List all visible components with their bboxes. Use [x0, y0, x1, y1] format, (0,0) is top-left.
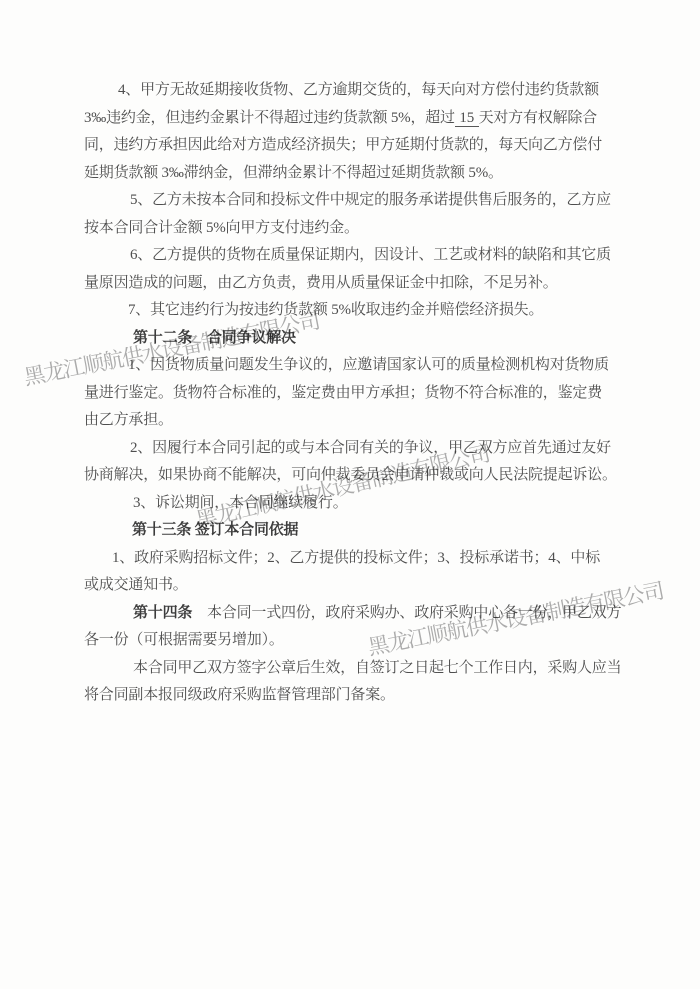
text-run: 2、因履行本合同引起的或与本合同有关的争议，甲乙双方应首先通过友好	[130, 440, 611, 456]
text-run: 1、政府采购招标文件；2、乙方提供的投标文件；3、投标承诺书；4、中标	[112, 550, 600, 566]
text-run: 延期货款额 3‰滞纳金，但滞纳金累计不得超过延期货款额 5%。	[84, 165, 503, 181]
text-run: 7、其它违约行为按违约货款额 5%收取违约金并赔偿经济损失。	[128, 302, 543, 318]
text-run: 第十三条 签订本合同依据	[132, 522, 298, 538]
document-page: 4、甲方无故延期接收货物、乙方逾期交货的，每天向对方偿付违约货款额3‰违约金，但…	[0, 0, 700, 989]
text-run: 第十二条 合同争议解决	[133, 330, 296, 346]
text-run: 同，违约方承担因此给对方造成经济损失；甲方延期付货款的，每天向乙方偿付	[84, 137, 602, 153]
text-run: 量原因造成的问题，由乙方负责，费用从质量保证金中扣除，不足另补。	[84, 275, 558, 291]
text-line: 3‰违约金，但违约金累计不得超过违约货款额 5%，超过 15 天对方有权解除合	[84, 105, 644, 133]
text-run: 1、因货物质量问题发生争议的，应邀请国家认可的质量检测机构对货物质	[128, 357, 609, 373]
text-line: 或成交通知书。	[84, 572, 644, 600]
text-line: 4、甲方无故延期接收货物、乙方逾期交货的，每天向对方偿付违约货款额	[84, 77, 644, 105]
text-line: 第十二条 合同争议解决	[84, 325, 644, 353]
text-line: 1、因货物质量问题发生争议的，应邀请国家认可的质量检测机构对货物质	[84, 352, 644, 380]
text-run: 将合同副本报同级政府采购监督管理部门备案。	[84, 687, 395, 703]
text-line: 第十三条 签订本合同依据	[84, 517, 644, 545]
text-run: 6、乙方提供的货物在质量保证期内，因设计、工艺或材料的缺陷和其它质	[130, 247, 611, 263]
text-line: 由乙方承担。	[84, 407, 644, 435]
text-line: 按本合同合计金额 5%向甲方支付违约金。	[84, 215, 644, 243]
text-run: 本合同一式四份，政府采购办、政府采购中心各一份，甲乙双方	[192, 605, 621, 621]
text-run: 15	[455, 110, 479, 127]
text-run: 5、乙方未按本合同和投标文件中规定的服务承诺提供售后服务的，乙方应	[130, 192, 611, 208]
text-line: 延期货款额 3‰滞纳金，但滞纳金累计不得超过延期货款额 5%。	[84, 160, 644, 188]
text-run: 由乙方承担。	[84, 412, 173, 428]
text-line: 协商解决，如果协商不能解决，可向仲裁委员会申请仲裁或向人民法院提起诉讼。	[84, 462, 644, 490]
text-run: 协商解决，如果协商不能解决，可向仲裁委员会申请仲裁或向人民法院提起诉讼。	[84, 467, 617, 483]
text-run: 第十四条	[133, 605, 192, 621]
text-line: 量进行鉴定。货物符合标准的，鉴定费由甲方承担；货物不符合标准的，鉴定费	[84, 380, 644, 408]
text-run: 本合同甲乙双方签字公章后生效，自签订之日起七个工作日内，采购人应当	[133, 660, 621, 676]
text-run: 量进行鉴定。货物符合标准的，鉴定费由甲方承担；货物不符合标准的，鉴定费	[84, 385, 602, 401]
text-line: 2、因履行本合同引起的或与本合同有关的争议，甲乙双方应首先通过友好	[84, 435, 644, 463]
text-line: 1、政府采购招标文件；2、乙方提供的投标文件；3、投标承诺书；4、中标	[84, 545, 644, 573]
text-line: 将合同副本报同级政府采购监督管理部门备案。	[84, 682, 644, 710]
text-run: 3‰违约金，但违约金累计不得超过违约货款额 5%，超过	[84, 110, 455, 126]
text-line: 本合同甲乙双方签字公章后生效，自签订之日起七个工作日内，采购人应当	[84, 655, 644, 683]
text-run: 天对方有权解除合	[479, 110, 597, 126]
text-line: 6、乙方提供的货物在质量保证期内，因设计、工艺或材料的缺陷和其它质	[84, 242, 644, 270]
text-line: 5、乙方未按本合同和投标文件中规定的服务承诺提供售后服务的，乙方应	[84, 187, 644, 215]
text-run: 各一份（可根据需要另增加）。	[84, 632, 284, 648]
contract-text: 4、甲方无故延期接收货物、乙方逾期交货的，每天向对方偿付违约货款额3‰违约金，但…	[84, 77, 644, 710]
text-line: 同，违约方承担因此给对方造成经济损失；甲方延期付货款的，每天向乙方偿付	[84, 132, 644, 160]
text-line: 各一份（可根据需要另增加）。	[84, 627, 644, 655]
text-run: 4、甲方无故延期接收货物、乙方逾期交货的，每天向对方偿付违约货款额	[118, 82, 599, 98]
text-run: 3、诉讼期间，本合同继续履行。	[133, 495, 348, 511]
text-line: 第十四条 本合同一式四份，政府采购办、政府采购中心各一份，甲乙双方	[84, 600, 644, 628]
text-run: 或成交通知书。	[84, 577, 188, 593]
text-line: 3、诉讼期间，本合同继续履行。	[84, 490, 644, 518]
text-line: 7、其它违约行为按违约货款额 5%收取违约金并赔偿经济损失。	[84, 297, 644, 325]
text-run: 按本合同合计金额 5%向甲方支付违约金。	[84, 220, 359, 236]
text-line: 量原因造成的问题，由乙方负责，费用从质量保证金中扣除，不足另补。	[84, 270, 644, 298]
